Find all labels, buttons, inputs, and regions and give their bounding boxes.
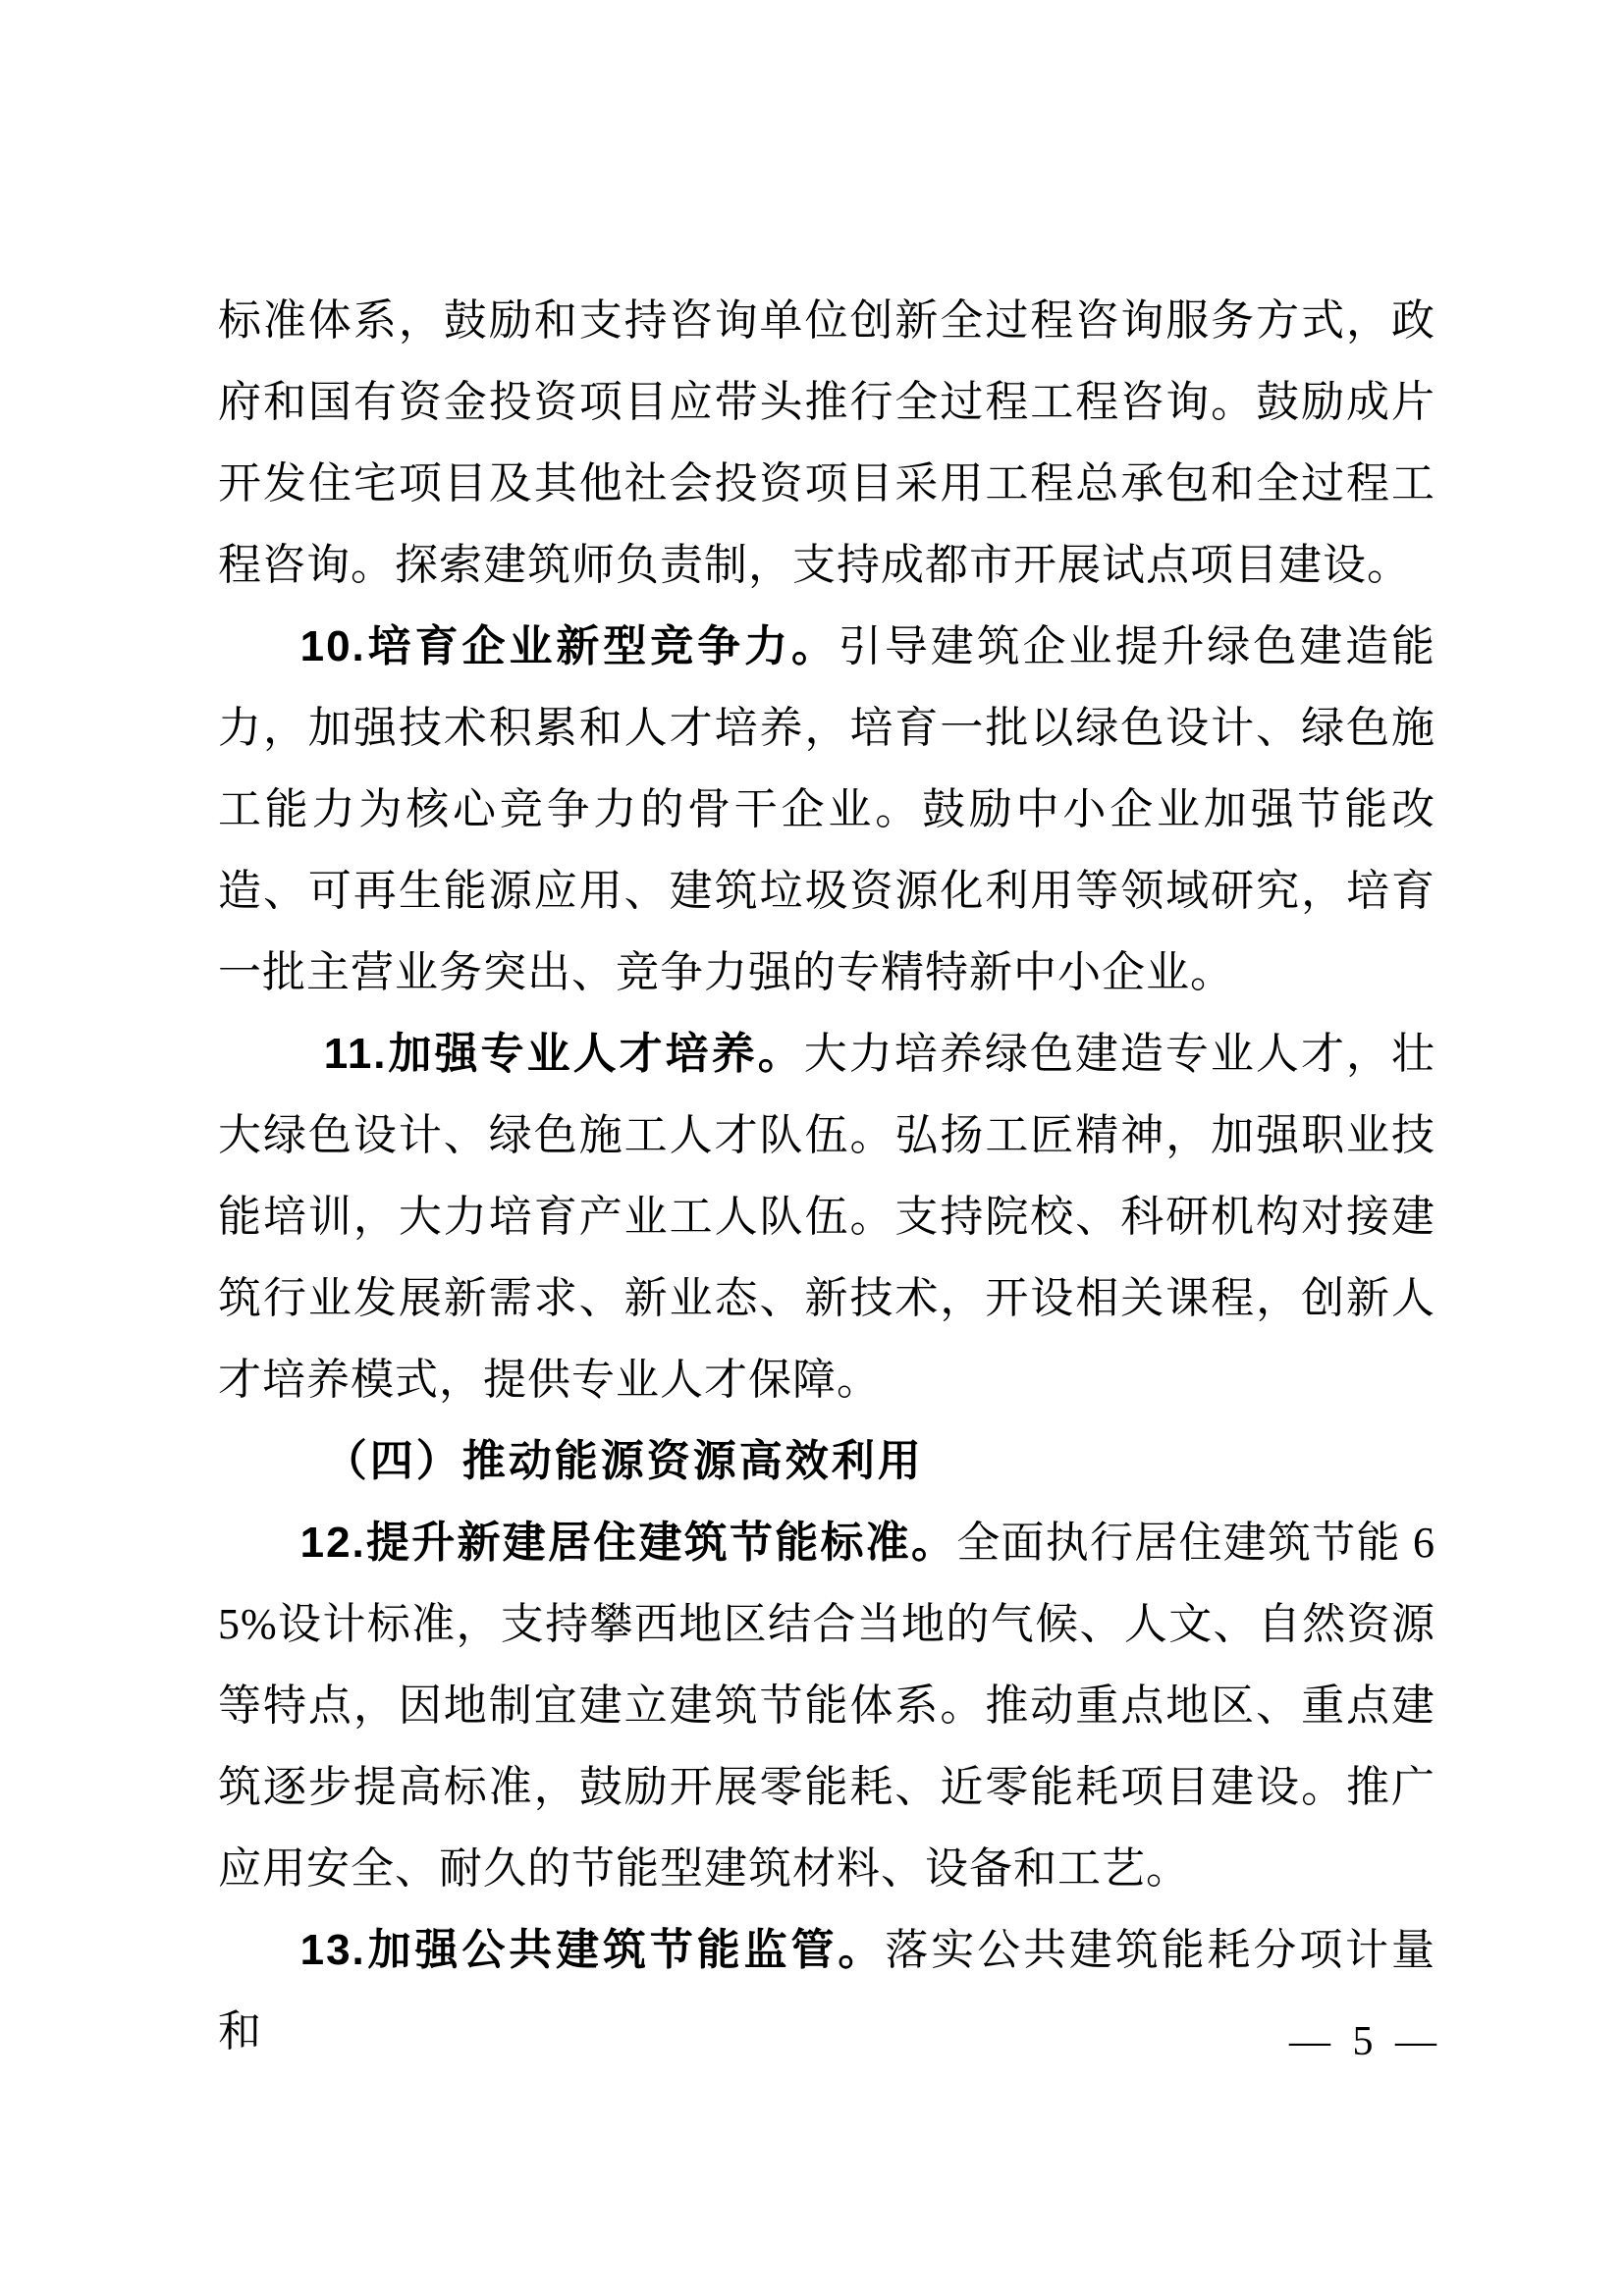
paragraph-item-11: 11.加强专业人才培养。大力培养绿色建造专业人才，壮大绿色设计、绿色施工人才队伍…	[218, 1013, 1435, 1420]
paragraph-lead: 11.加强专业人才培养。	[324, 1030, 804, 1078]
paragraph-text: 引导建筑企业提升绿色建造能力，加强技术积累和人才培养，培育一批以绿色设计、绿色施…	[218, 622, 1435, 996]
document-body: 标准体系，鼓励和支持咨询单位创新全过程咨询服务方式，政府和国有资金投资项目应带头…	[218, 280, 1435, 2072]
paragraph-text: 标准体系，鼓励和支持咨询单位创新全过程咨询服务方式，政府和国有资金投资项目应带头…	[218, 296, 1435, 589]
paragraph-item-12: 12.提升新建居住建筑节能标准。全面执行居住建筑节能 65%设计标准，支持攀西地…	[218, 1502, 1435, 1909]
document-page: 标准体系，鼓励和支持咨询单位创新全过程咨询服务方式，政府和国有资金投资项目应带头…	[0, 0, 1624, 2296]
paragraph-lead: 12.提升新建居住建筑节能标准。	[300, 1519, 957, 1567]
paragraph-lead: 10.培育企业新型竞争力。	[300, 622, 839, 670]
paragraph-item-13: 13.加强公共建筑节能监管。落实公共建筑能耗分项计量和	[218, 1909, 1435, 2072]
page-number: — 5 —	[1289, 2012, 1442, 2071]
section-heading: （四）推动能源资源高效利用	[218, 1420, 1435, 1502]
paragraph-continuation: 标准体系，鼓励和支持咨询单位创新全过程咨询服务方式，政府和国有资金投资项目应带头…	[218, 280, 1435, 606]
paragraph-item-10: 10.培育企业新型竞争力。引导建筑企业提升绿色建造能力，加强技术积累和人才培养，…	[218, 606, 1435, 1013]
paragraph-lead: 13.加强公共建筑节能监管。	[300, 1926, 886, 1974]
paragraph-text: 大力培养绿色建造专业人才，壮大绿色设计、绿色施工人才队伍。弘扬工匠精神，加强职业…	[218, 1030, 1435, 1404]
paragraph-text: 全面执行居住建筑节能 65%设计标准，支持攀西地区结合当地的气候、人文、自然资源…	[218, 1519, 1435, 1893]
